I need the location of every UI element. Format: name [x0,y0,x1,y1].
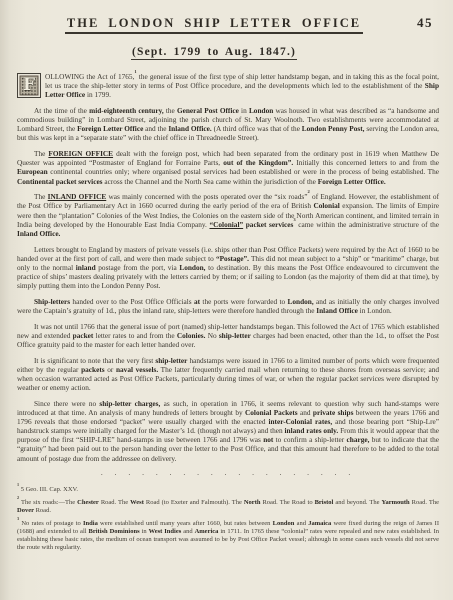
text-run: OLLOWING the Act of 1765, [45,72,134,81]
text-run: private ships [313,408,353,417]
text-run: West Indies [149,528,182,535]
text-run: “Postage”. [216,254,249,263]
text-run: and beyond. The [333,499,381,506]
footnotes: 1 5 Geo. III. Cap. XXV.2 The six roads:—… [17,486,439,551]
page-body: FOLLOWING the Act of 1765,1 the general … [17,72,439,463]
paragraph: Since there were no ship-letter charges,… [17,399,439,463]
text-run: London, [179,263,205,272]
text-run: or [105,365,116,374]
text-run: Colonial Packets [245,408,298,417]
drop-cap-ornament: F [17,73,41,98]
text-run: London [273,520,295,527]
paragraph: FOLLOWING the Act of 1765,1 the general … [17,72,439,99]
text-run: postage from the port, via [96,263,180,272]
paragraph: The FOREIGN OFFICE dealt with the foreig… [17,149,439,186]
book-page: THE LONDON SHIP LETTER OFFICE 45 (Sept. … [0,0,453,600]
footnote-reference: 2 [307,189,309,194]
footnote: 2 The six roads:—The Chester Road. The W… [17,499,439,514]
footnote-reference: 1 [17,482,19,487]
page-title: THE LONDON SHIP LETTER OFFICE [65,16,363,34]
footnote-reference: 1 [134,69,136,74]
text-run: Jamaica [308,520,331,527]
text-run: and the [143,124,168,133]
text-run: Inland Office. [168,124,211,133]
text-run: India [83,520,98,527]
text-run: Continental packet services [17,177,103,186]
text-run: Ship-letters [34,297,70,306]
text-run: Inland Office. [17,229,60,238]
paragraph: At the time of the mid-eighteenth centur… [17,106,439,143]
text-run: charge, [347,435,370,444]
text-run: Road. The [410,499,439,506]
text-run: out of the Kingdom”. [223,158,293,167]
footnote-reference: 2 [17,495,19,500]
text-run: in London. [358,306,392,315]
text-run: inter-Colonial rates, [268,417,332,426]
text-run: London, [288,297,314,306]
text-run: FOREIGN OFFICE [48,149,113,158]
page-header: THE LONDON SHIP LETTER OFFICE 45 [17,14,439,36]
text-run: America [195,528,219,535]
page-subtitle: (Sept. 1799 to Aug. 1847.) [131,46,297,60]
text-run: packet services [246,220,294,229]
text-run: packet [73,331,94,340]
text-run: handed over to the Post Office Officials [70,297,194,306]
text-run: Road. The Road to [260,499,314,506]
text-run: Initially this concerned letters to and … [293,158,439,167]
text-run: Colonial [313,201,339,210]
text-run: INLAND OFFICE [48,192,107,201]
text-run: ship-letter [219,331,251,340]
text-run: and [181,528,194,535]
subtitle-row: (Sept. 1799 to Aug. 1847.) [17,42,439,60]
text-run: was mainly concerned with the posts oper… [106,192,307,201]
text-run: It is significant to note that the very … [34,356,155,365]
text-run: Colonies. [177,331,206,340]
text-run: the ports were forwarded to [200,297,287,306]
footnote-reference: 3 [17,516,19,521]
paragraph: Letters brought to England by masters of… [17,245,439,291]
text-run: packets [81,365,105,374]
text-run: European [17,167,48,176]
paragraph: Ship-letters handed over to the Post Off… [17,297,439,315]
text-run: London [249,106,273,115]
text-run: in [140,528,149,535]
text-run: Dover [17,507,34,514]
text-run: General Post Office [177,106,239,115]
text-run: naval vessels. [116,365,158,374]
text-run: No rates of postage to [19,520,83,527]
text-run: inland rates only. [285,426,339,435]
paragraph: The INLAND OFFICE was mainly concerned w… [17,192,439,238]
text-run: British Dominions [89,528,140,535]
text-run: came within the administrative structure… [296,220,439,229]
text-run: Road. The [99,499,130,506]
text-run: across the Channel and the North Sea cam… [103,177,318,186]
text-run: Road. [34,507,51,514]
footnote: 1 5 Geo. III. Cap. XXV. [17,486,439,494]
text-run: ship-letter [155,356,187,365]
text-run: Foreign Letter Office. [318,177,386,186]
text-run: continental countries only; where organi… [48,167,439,176]
text-run: were established until many years after … [98,520,273,527]
text-run: ship-letter charges, [99,399,160,408]
text-run: London Penny Post, [302,124,365,133]
text-run: in 1799. [85,90,111,99]
text-run: “Colonial” [209,220,243,229]
text-run: Yarmouth [381,499,409,506]
text-run: The [34,149,48,158]
drop-cap-letter: F [18,74,40,96]
text-run: Since there were no [34,399,99,408]
text-run: not [263,435,273,444]
text-run: Bristol [315,499,334,506]
footnote: 3 No rates of postage to India were esta… [17,520,439,551]
text-run: At the time of the [34,106,89,115]
paragraph: It is significant to note that the very … [17,356,439,393]
text-run: Inland Office [316,306,358,315]
text-run: Foreign Letter Office [77,124,143,133]
text-run: letter rates to and from the [93,331,177,340]
page-number: 45 [417,15,433,31]
text-run: in [239,106,249,115]
text-run: North [244,499,261,506]
text-run: and [298,408,313,417]
text-run: Road (to Exeter and Falmouth). The [144,499,244,506]
text-run: 5 Geo. III. Cap. XXV. [19,486,78,493]
text-run: mid-eighteenth century, [89,106,164,115]
text-run: the [164,106,177,115]
text-run: West [130,499,144,506]
text-run: to confirm a ship-letter [273,435,346,444]
text-run: Chester [77,499,99,506]
footnote-reference: 3 [293,217,295,222]
text-run: The six roads:—The [19,499,77,506]
text-run: No [205,331,218,340]
dotted-divider: . . . . . . . . . . . . . . . . . . . [17,469,439,477]
text-run: (A third office was that of the [212,124,302,133]
text-run: The [34,192,48,201]
text-run: inland [76,263,96,272]
paragraph: It was not until 1766 that the general i… [17,322,439,349]
text-run: and [294,520,308,527]
